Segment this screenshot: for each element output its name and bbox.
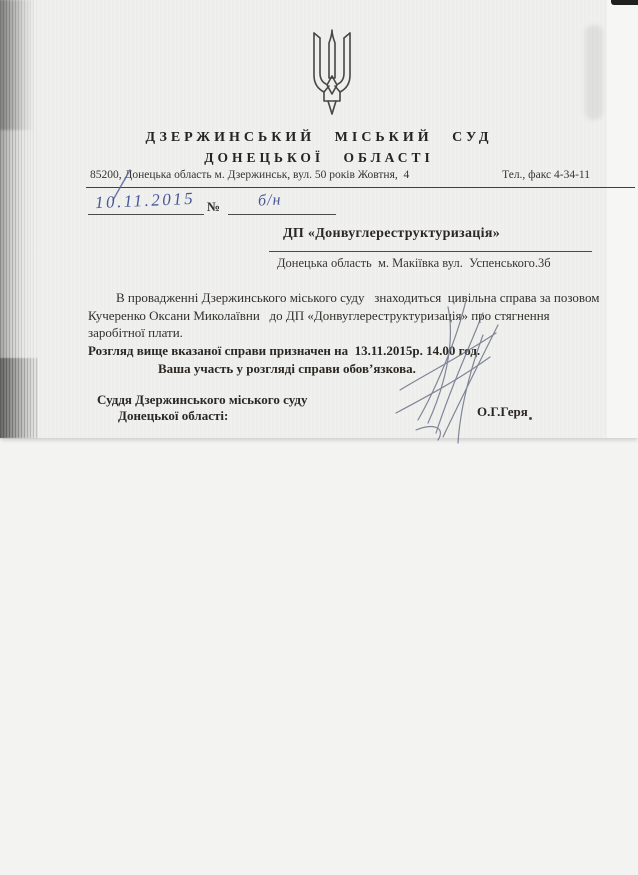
scan-corner-mark: [611, 0, 638, 5]
court-phone: Тел., факс 4-34-11: [502, 169, 590, 181]
scan-right-strip: [607, 0, 638, 438]
judge-signature-scribble: [388, 295, 513, 445]
handwritten-number: б/н: [258, 191, 282, 210]
letter-paper: ДЗЕРЖИНСЬКИЙ МІСЬКИЙ СУД ДОНЕЦЬКОЇ ОБЛАС…: [0, 0, 638, 438]
letter-body: В провадженні Дзержинського міського суд…: [88, 289, 610, 359]
body-line-2: Кучеренко Оксани Миколаївни до ДП «Донву…: [88, 307, 610, 325]
recipient-name: ДП «Донвуглереструктуризація»: [283, 226, 500, 242]
judge-title-line2: Донецької області:: [118, 408, 228, 424]
letterhead-contact-row: 85200, Донецька область м. Дзержинськ, в…: [90, 169, 590, 181]
court-address: 85200, Донецька область м. Дзержинськ, в…: [90, 169, 409, 181]
scan-right-smudge: [585, 25, 603, 120]
number-sign-label: №: [207, 199, 220, 215]
court-name-line2: ДОНЕЦЬКОЇ ОБЛАСТІ: [0, 150, 638, 166]
hearing-date-line: Розгляд вище вказаної справи призначен н…: [88, 342, 610, 360]
letterhead-rule: [86, 187, 635, 188]
stray-ink-dot: [529, 417, 532, 420]
scanned-court-letter: ДЗЕРЖИНСЬКИЙ МІСЬКИЙ СУД ДОНЕЦЬКОЇ ОБЛАС…: [0, 0, 638, 875]
recipient-address: Донецька область м. Макіївка вул. Успенс…: [277, 256, 551, 271]
judge-title-line1: Суддя Дзержинського міського суду: [97, 392, 308, 408]
handwritten-date: 10.11.2015: [95, 189, 196, 213]
body-line-1: В провадженні Дзержинського міського суд…: [88, 289, 610, 307]
number-underline: [228, 214, 336, 215]
recipient-underline: [269, 251, 592, 252]
date-underline: [88, 214, 204, 215]
scan-edge-smudge-top-left: [0, 0, 34, 130]
scan-edge-smudge-bottom-left: [0, 358, 38, 438]
mandatory-attendance-line: Ваша участь у розгляді справи обов’язков…: [158, 361, 416, 377]
court-name-line1: ДЗЕРЖИНСЬКИЙ МІСЬКИЙ СУД: [0, 130, 638, 146]
body-line-3: заробітної плати.: [88, 324, 610, 342]
ukraine-trident-icon: [309, 27, 355, 115]
